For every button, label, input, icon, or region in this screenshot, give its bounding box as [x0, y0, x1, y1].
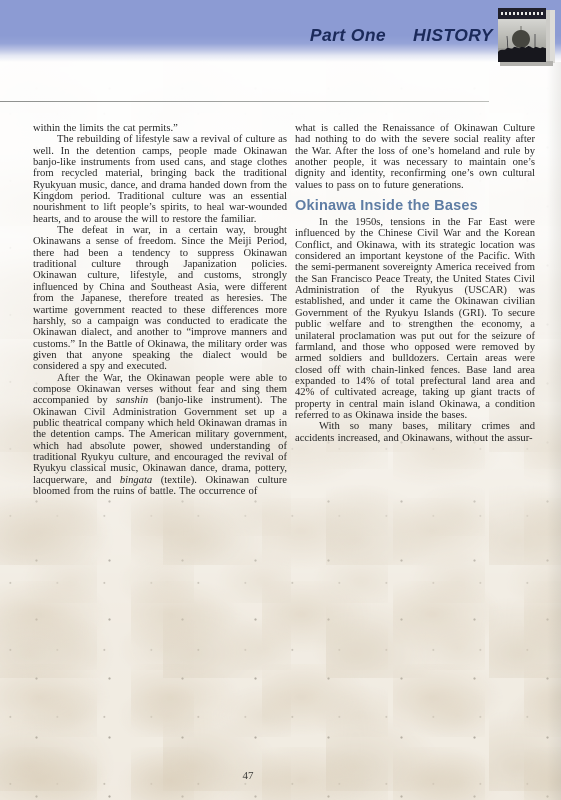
paragraph: The rebuilding of lifestyle saw a reviva… — [33, 134, 287, 225]
book-page: Part One HISTORY — [0, 0, 561, 800]
section-heading: Okinawa Inside the Bases — [295, 198, 535, 214]
paragraph-text: (banjo-like instrument). The Okinawan Ci… — [33, 395, 287, 485]
paragraph: within the limits the cat permits.” — [33, 123, 287, 134]
italic-term-sanshin: sanshin — [116, 395, 148, 406]
page-number: 47 — [236, 770, 260, 782]
right-text-column: what is called the Renaissance of Okinaw… — [295, 123, 535, 444]
left-text-column: within the limits the cat permits.” The … — [33, 123, 287, 497]
header-divider-line — [0, 101, 489, 102]
crowd-demonstration-photo-image — [498, 8, 557, 68]
paragraph: After the War, the Okinawan people were … — [33, 373, 287, 498]
page-edge-shade — [547, 62, 561, 800]
paragraph: what is called the Renaissance of Okinaw… — [295, 123, 535, 191]
section-label: HISTORY — [413, 25, 493, 46]
crowd-demonstration-photo — [498, 8, 557, 68]
paragraph: In the 1950s, tensions in the Far East w… — [295, 217, 535, 421]
page-header-title: Part One HISTORY — [310, 25, 493, 46]
paragraph: The defeat in war, in a certain way, bro… — [33, 225, 287, 372]
italic-term-bingata: bingata — [120, 475, 152, 486]
paragraph: With so many bases, military crimes and … — [295, 421, 535, 444]
part-label: Part One — [310, 25, 386, 46]
